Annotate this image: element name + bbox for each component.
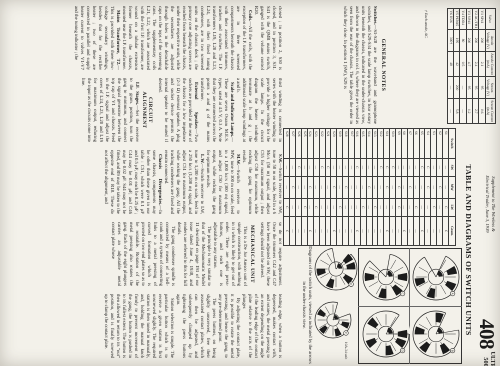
switch-table-cell: —	[443, 176, 449, 198]
paragraph-lead: I.F. Stages.	[135, 82, 140, 105]
switch-table-cell: S20	[331, 129, 337, 159]
switch-table-cell: —	[366, 216, 372, 245]
switch-table-cell: —	[325, 176, 331, 198]
valve-table-footnote: † Each anode, AC.	[424, 10, 428, 39]
switch-table-cell: —	[401, 176, 407, 198]
switch-table-cell: S22	[319, 129, 325, 159]
switch-table-cell: C	[384, 158, 390, 176]
valve-analysis-table: ValveAnode Voltage (V)Anode Current (mA)…	[447, 8, 496, 124]
valve-table-cell: 300†	[447, 29, 453, 52]
switch-table-cell: —	[354, 176, 360, 198]
switch-table-cell: C	[396, 176, 402, 198]
switch-table-cell: S19	[337, 129, 343, 159]
switch-table-cell: —	[360, 158, 366, 176]
switch-table-cell: C	[331, 176, 337, 198]
switch-table-cell: S14	[366, 129, 372, 159]
paragraph-lead: Switches.	[372, 6, 377, 25]
model-number: 500	[482, 352, 489, 366]
body-paragraph: By adjusting the contact plate, it is po…	[216, 294, 240, 358]
switch-table-cell: —	[413, 158, 419, 176]
section-heading: CIRCUIT ALIGNMENT	[141, 78, 153, 142]
paragraph-lead: Coils.	[247, 10, 252, 21]
body-paragraph: This is a De Jur Amsco unit of simple co…	[212, 222, 248, 286]
valve-table-header-cell: Anode Current (mA)	[485, 52, 495, 76]
valve-table-cell: 95	[479, 76, 485, 99]
valve-table-cell: —	[447, 99, 453, 124]
switch-table-cell: —	[307, 158, 313, 176]
switch-table-cell: —	[372, 158, 378, 176]
body-paragraph: L.W.—Switch receiver to LW, tune to 1,20…	[162, 150, 204, 214]
switch-table-cell: S12	[378, 129, 384, 159]
valve-table-cell: 95	[466, 76, 472, 99]
switch-table-row: S3——C—	[431, 129, 437, 246]
switch-table-cell: —	[325, 198, 331, 216]
valve-table-cell: 200	[454, 76, 460, 99]
switch-table-row: S27—C——	[290, 129, 296, 246]
switch-table-cell: —	[366, 198, 372, 216]
svg-text:B: B	[451, 350, 455, 352]
paragraph-lead: External Speaker.	[193, 82, 198, 129]
paragraph-lead: S.W.	[277, 154, 282, 163]
switch-table-cell: —	[390, 216, 396, 245]
switch-table-cell: —	[349, 176, 355, 198]
switch-table-cell: C	[437, 176, 443, 198]
switch-table-cell: S16	[354, 129, 360, 159]
switch-table-cell: —	[407, 158, 413, 176]
switch-table-cell: —	[413, 216, 419, 245]
switch-wafer-diagram: D	[357, 305, 415, 363]
switch-table-row: S4CC——	[425, 129, 431, 246]
switch-table-cell: C	[384, 176, 390, 198]
switch-table-cell: —	[296, 216, 302, 245]
valve-table-header-cell: Anode Voltage (V)	[485, 29, 495, 52]
switch-table-cell: S13	[372, 129, 378, 159]
switch-table-cell: —	[390, 198, 396, 216]
valve-table-cell: —	[460, 99, 466, 124]
switch-table-cell: —	[360, 176, 366, 198]
switch-table-row: S19——C—	[337, 129, 343, 246]
switch-table-cell: —	[431, 216, 437, 245]
switch-table-cell: —	[307, 198, 313, 216]
valve-table-row: V5 PEN45195422005.8	[454, 9, 460, 124]
body-paragraph: third winding is connected in series wit…	[234, 78, 282, 142]
switch-table-row: S12C———	[378, 129, 384, 246]
switch-table-row: S1——CC	[443, 129, 449, 246]
switch-table-cell: —	[343, 158, 349, 176]
switch-wafer-diagram: C	[357, 248, 415, 306]
switch-table-cell: S6	[413, 129, 419, 159]
switch-wafer-diagram: E	[309, 242, 363, 296]
body-paragraph: External Speaker.—Two sockets are provid…	[156, 78, 198, 142]
switch-table-cell: C	[296, 158, 302, 176]
valve-table-cell: 0.6	[479, 99, 485, 124]
switch-table-cell: —	[290, 216, 296, 245]
switch-table-cell: S27	[290, 129, 296, 159]
body-paragraph: leading edge, when a button is depressed…	[240, 294, 282, 358]
paragraph-lead: Scale and Indicator Lamps.	[229, 82, 234, 137]
switch-table-cell: —	[401, 158, 407, 176]
paragraph-lead: M.W.	[235, 154, 240, 165]
body-paragraph: The principle is very similar to that of…	[176, 222, 212, 286]
service-sheet-page: Supplement to The Wireless & Electrical …	[0, 0, 500, 366]
switch-table-cell: C	[354, 158, 360, 176]
switch-table-cell: —	[284, 158, 290, 176]
switch-table-cell: —	[378, 198, 384, 216]
switch-table-cell: S28	[284, 129, 290, 159]
switch-table-cell: —	[437, 158, 443, 176]
switch-table-row: S18—C——	[343, 129, 349, 246]
switch-table-cell: —	[296, 176, 302, 198]
switch-table-cell: —	[437, 198, 443, 216]
switch-table-cell: —	[302, 216, 308, 245]
section-heading: MECHANICAL UNIT	[249, 222, 255, 286]
switch-table-cell: C	[372, 198, 378, 216]
valve-table-row: V6 UU6300†48——	[447, 9, 453, 124]
switch-table-cell: —	[319, 176, 325, 198]
switch-table-cell: S1	[443, 129, 449, 159]
body-paragraph: so do not require adjustment. Once the t…	[258, 222, 282, 286]
switch-table-row: S22C———	[319, 129, 325, 246]
text-column: closed ; in position 2, S30 is closed, a…	[1, 6, 282, 70]
switch-table-cell: S18	[343, 129, 349, 159]
switch-table-cell: S10	[390, 129, 396, 159]
page-title: TABLE AND DIAGRAMS OF SWITCH UNITS	[464, 148, 473, 352]
supplement-note: Supplement to The Wireless & Electrical …	[485, 146, 496, 262]
switch-table-cell: —	[284, 176, 290, 198]
switch-table-cell: S21	[325, 129, 331, 159]
switch-table-cell: —	[319, 198, 325, 216]
switch-table-cell: S8	[401, 129, 407, 159]
switch-table-cell: —	[413, 176, 419, 198]
valve-table-cell: V1 SP41	[479, 9, 485, 30]
switch-table-row: S14—C——	[366, 129, 372, 246]
valve-table-header-cell: Screen Current (mA)	[485, 99, 495, 124]
valve-table-cell: V5 PEN45	[454, 9, 460, 30]
valve-table-cell: 2.1	[479, 52, 485, 76]
valve-table-row: V3 VP412004.7951.2	[466, 9, 472, 124]
switch-table-cell: —	[331, 198, 337, 216]
valve-table-cell: 195	[454, 29, 460, 52]
body-paragraph: The press buttons, on being slightly uns…	[174, 294, 216, 358]
switch-table-cell: S9	[396, 129, 402, 159]
body-paragraph: Mains Transformer, T2.—This is provided …	[72, 6, 120, 70]
valve-table-cell: V2 AC/TH1	[473, 9, 479, 30]
switch-table-cell: S24	[307, 129, 313, 159]
switch-table-row: S10C———	[390, 129, 396, 246]
switch-positions-table: SwitchSWMWLWGram. S1——CCS2—C——S3——C—S4CC…	[283, 128, 456, 246]
switch-table-cell: —	[419, 176, 425, 198]
switch-table-cell: C	[443, 198, 449, 216]
body-paragraph: Coils.—All the coils, with the exception…	[120, 6, 252, 70]
switch-table-header-cell: Gram.	[448, 216, 455, 245]
switch-table-cell: —	[396, 216, 402, 245]
switch-table-row: S7—C——	[407, 129, 413, 246]
switch-table-cell: —	[390, 176, 396, 198]
switch-table-cell: —	[296, 198, 302, 216]
switch-table-cell: —	[302, 176, 308, 198]
valve-table-cell: 0.5	[460, 52, 466, 76]
body-paragraph: Scale and Indicator Lamps.—These are sev…	[198, 78, 234, 142]
switch-table-cell: —	[372, 216, 378, 245]
switch-table-row: S21C———	[325, 129, 331, 246]
switch-table-cell: C	[313, 198, 319, 216]
switch-table-cell: S25	[302, 129, 308, 159]
scanned-service-sheet: Supplement to The Wireless & Electrical …	[0, 0, 500, 366]
body-paragraph: Chassis Divergencies.—In some chassis, c…	[102, 150, 162, 214]
switch-table-cell: —	[407, 198, 413, 216]
switch-table-cell: S2	[437, 129, 443, 159]
switch-table-row: S23——C—	[313, 129, 319, 246]
switch-table-row: S16C——C	[354, 129, 360, 246]
switch-table-cell: —	[290, 158, 296, 176]
valve-table-cell: 200	[479, 29, 485, 52]
switch-table-row: S11CC—C	[384, 129, 390, 246]
switch-wafer-diagram: A	[407, 248, 465, 306]
switch-table-cell: C	[407, 176, 413, 198]
valve-table-cell: V6 UU6	[447, 9, 453, 30]
switch-table-cell: —	[378, 176, 384, 198]
switch-wafer-diagram: F	[309, 296, 357, 344]
switch-table-cell: —	[313, 158, 319, 176]
paragraph-lead: L.W.	[199, 154, 204, 164]
valve-table-cell: 200	[473, 29, 479, 52]
switch-table-cell: —	[443, 158, 449, 176]
brand-name: ULTRA	[488, 352, 495, 366]
text-column: leading edge, when a button is depressed…	[1, 294, 282, 358]
switch-table-cell: —	[331, 158, 337, 176]
valve-table-cell: 2.4	[473, 52, 479, 76]
switch-table-cell: —	[337, 158, 343, 176]
switch-table-cell: C	[290, 176, 296, 198]
switch-table-cell: —	[337, 176, 343, 198]
diagrams-caption: Diagrams of the switch units, viewed as …	[301, 246, 313, 364]
valve-table-cell: 200	[466, 29, 472, 52]
body-paragraph: Station selection is simple. The particu…	[102, 294, 174, 358]
switch-table-cell: S17	[349, 129, 355, 159]
switch-table-cell: S15	[360, 129, 366, 159]
valve-table-cell: 42	[454, 52, 460, 76]
switch-table-header-row: SwitchSWMWLWGram.	[448, 129, 455, 246]
switch-table-cell: C	[425, 176, 431, 198]
switch-table-cell: —	[419, 198, 425, 216]
switch-table-cell: C	[343, 176, 349, 198]
valve-table-cell: 80	[460, 29, 466, 52]
valve-table-header-row: ValveAnode Voltage (V)Anode Current (mA)…	[485, 9, 495, 124]
switch-table-row: S13——C—	[372, 129, 378, 246]
valve-table-cell: 1.2	[466, 99, 472, 124]
switch-table-cell: —	[384, 198, 390, 216]
switch-table-header-cell: Switch	[448, 129, 455, 159]
switch-table-header-cell: SW	[448, 158, 455, 176]
switch-table-cell: —	[396, 158, 402, 176]
paragraph-lead: Mains Transformer, T2.	[115, 10, 120, 65]
switch-table-cell: C	[325, 158, 331, 176]
switch-table-cell: —	[431, 158, 437, 176]
general-notes-text: —S1-S28 are the waveband and gramophone …	[342, 6, 377, 124]
switch-table-row: S25——C—	[302, 129, 308, 246]
switch-table-cell: C	[307, 176, 313, 198]
svg-text:C: C	[401, 293, 405, 295]
switch-table-cell: —	[425, 198, 431, 216]
text-column: so do not require adjustment. Once the t…	[1, 222, 282, 286]
switch-table-cell: S23	[313, 129, 319, 159]
switch-table-cell: —	[425, 216, 431, 245]
paragraph-lead: Chassis Divergencies.	[157, 154, 162, 205]
valve-table-cell: 2.7	[473, 99, 479, 124]
valve-table-cell: V3 VP41	[466, 9, 472, 30]
general-notes-heading: GENERAL NOTES	[380, 6, 386, 124]
switch-table-cell: C	[302, 198, 308, 216]
text-column: third winding is connected in series wit…	[1, 78, 282, 142]
switch-table-row: S15——C—	[360, 129, 366, 246]
valve-table-row: V1 SP412002.1950.6	[479, 9, 485, 124]
switch-unit-label: 10A-34 unit	[344, 337, 348, 364]
body-paragraph: M.W.—Switch receiver to MW, tune to 300 …	[204, 150, 240, 214]
valve-table-cell: 4.7	[466, 52, 472, 76]
switch-table-cell: C	[401, 216, 407, 245]
switch-table-cell: S4	[425, 129, 431, 159]
body-paragraph: closed ; in position 2, S30 is closed, a…	[252, 6, 282, 70]
body-paragraph: The gang condenser spindle is connected …	[110, 222, 176, 286]
switch-table-cell: S26	[296, 129, 302, 159]
switch-table-cell: C	[319, 158, 325, 176]
switch-table-cell: C	[360, 198, 366, 216]
switch-table-cell: C	[390, 158, 396, 176]
switch-table-cell: C	[366, 176, 372, 198]
switch-table-row: S17————	[349, 129, 355, 246]
switch-table-cell: C	[284, 198, 290, 216]
switch-table-cell: —	[290, 198, 296, 216]
switch-table-row: S26C———	[296, 129, 302, 246]
switch-table-cell: S5	[419, 129, 425, 159]
switch-table-cell: C	[443, 216, 449, 245]
switch-table-cell: —	[313, 176, 319, 198]
switch-table-row: S5C——C	[419, 129, 425, 246]
text-column: S.W.—Switch receiver to SW, tune to 50 m…	[1, 150, 282, 214]
switch-table-cell: —	[378, 216, 384, 245]
switch-table-cell: C	[425, 158, 431, 176]
valve-table-header-cell: Valve	[485, 9, 495, 30]
switch-table-cell: C	[284, 216, 290, 245]
body-paragraph: S.W.—Switch receiver to SW, tune to 50 m…	[240, 150, 282, 214]
switch-table-cell: C	[337, 198, 343, 216]
switch-table-cell: —	[431, 176, 437, 198]
switch-table-row: S24—C—C	[307, 129, 313, 246]
valve-table-row: V4 TDD4800.5——	[460, 9, 466, 124]
switch-table-cell: —	[401, 198, 407, 216]
switch-table-cell: S7	[407, 129, 413, 159]
valve-table-cell: —	[447, 76, 453, 99]
set-make-model: ULTRA 500	[482, 352, 497, 366]
switch-table-cell: C	[419, 216, 425, 245]
switch-table-row: S9—CC—	[396, 129, 402, 246]
switch-table-row: S8———C	[401, 129, 407, 246]
switch-table-cell: —	[407, 216, 413, 245]
switch-wafer-diagram: B	[407, 305, 465, 363]
switch-table-cell: C	[378, 158, 384, 176]
switch-table-cell: C	[431, 198, 437, 216]
valve-table-cell: 95	[473, 76, 479, 99]
valve-table-cell: V4 TDD4	[460, 9, 466, 30]
body-paragraph: I.F. Stages.—Set the receiver to the gra…	[80, 78, 140, 142]
switch-table-cell: —	[354, 198, 360, 216]
switch-table-cell: S11	[384, 129, 390, 159]
general-notes-paragraph: Switches.—S1-S28 are the waveband and gr…	[283, 6, 377, 124]
switch-table-cell: —	[372, 176, 378, 198]
page-number-block: 408 ULTRA 500	[477, 319, 497, 366]
svg-text:E: E	[349, 283, 353, 285]
valve-table-row: V2 AC/TH12002.4952.7	[473, 9, 479, 124]
switch-table-cell: —	[302, 158, 308, 176]
switch-table-row: S6——C—	[413, 129, 419, 246]
switch-table-cell: C	[396, 198, 402, 216]
switch-table-cell: C	[413, 198, 419, 216]
switch-table-row: S20—C—C	[331, 129, 337, 246]
switch-table-header-cell: MW	[448, 176, 455, 198]
valve-table-header-cell: Screen Voltage (V)	[485, 76, 495, 99]
switch-table-cell: —	[349, 198, 355, 216]
switch-table-cell: —	[437, 216, 443, 245]
switch-table-row: S2—C——	[437, 129, 443, 246]
switch-table-cell: —	[349, 158, 355, 176]
switch-table-cell: —	[366, 158, 372, 176]
page-number: 408	[477, 319, 497, 349]
switch-table-row: S28——CC	[284, 129, 290, 246]
switch-table-header-cell: LW	[448, 198, 455, 216]
switch-table-cell: C	[384, 216, 390, 245]
valve-table-cell: —	[460, 76, 466, 99]
switch-table-cell: —	[343, 198, 349, 216]
valve-table-cell: 5.8	[454, 99, 460, 124]
valve-table-cell: 48	[447, 52, 453, 76]
switch-table-cell: S3	[431, 129, 437, 159]
switch-table-cell: C	[419, 158, 425, 176]
